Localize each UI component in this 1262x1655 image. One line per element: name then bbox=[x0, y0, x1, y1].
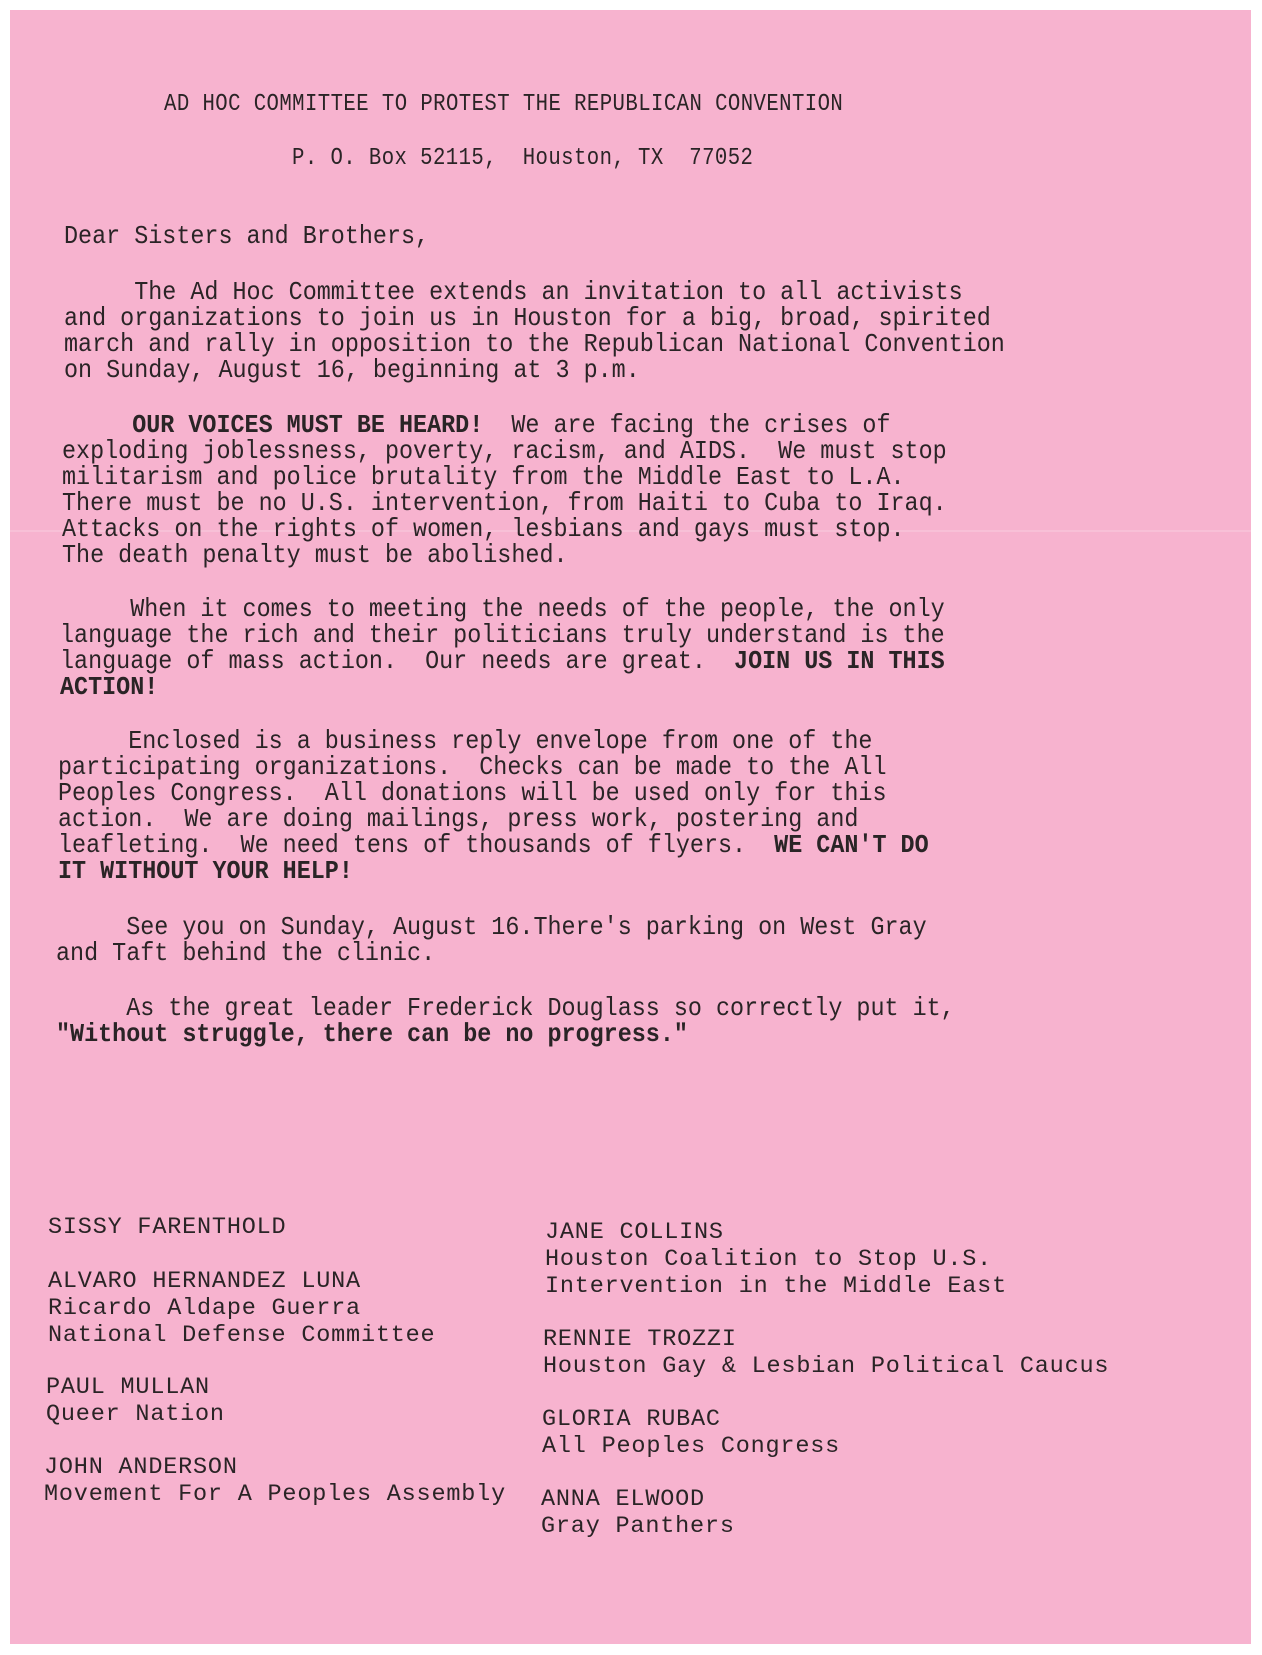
paragraph-line: exploding joblessness, poverty, racism, … bbox=[62, 438, 947, 464]
paragraph-line: There must be no U.S. intervention, from… bbox=[62, 490, 947, 516]
signatory-name: PAUL MULLAN bbox=[46, 1374, 210, 1401]
salutation: Dear Sisters and Brothers, bbox=[64, 223, 429, 249]
signatory-affiliation: Gray Panthers bbox=[541, 1513, 735, 1540]
signatory-name: SISSY FARENTHOLD bbox=[48, 1214, 286, 1241]
signatory-affiliation: Intervention in the Middle East bbox=[545, 1273, 1007, 1300]
paragraph-line: When it comes to meeting the needs of th… bbox=[60, 596, 945, 622]
emphasis-text: WE CAN'T DO bbox=[774, 830, 928, 860]
paragraph-line: and Taft behind the clinic. bbox=[56, 940, 435, 966]
paragraph-line: militarism and police brutality from the… bbox=[62, 464, 905, 490]
paragraph-line: participating organizations. Checks can … bbox=[58, 754, 887, 780]
emphasis-text: ACTION! bbox=[60, 674, 158, 700]
signatory-name: ALVARO HERNANDEZ LUNA bbox=[48, 1268, 361, 1295]
signatory-name: RENNIE TROZZI bbox=[543, 1326, 737, 1353]
paragraph-line: leafleting. We need tens of thousands of… bbox=[58, 832, 929, 858]
signatory-affiliation: Ricardo Aldape Guerra bbox=[48, 1295, 361, 1322]
paragraph-line: Peoples Congress. All donations will be … bbox=[58, 780, 887, 806]
paragraph-line: and organizations to join us in Houston … bbox=[64, 305, 991, 331]
paragraph-line: Enclosed is a business reply envelope fr… bbox=[58, 728, 872, 754]
signatory-affiliation: National Defense Committee bbox=[48, 1322, 435, 1349]
signatory-affiliation: Queer Nation bbox=[46, 1401, 225, 1428]
paragraph-line: language of mass action. Our needs are g… bbox=[60, 648, 945, 674]
signatory-name: JANE COLLINS bbox=[545, 1219, 724, 1246]
paragraph-line: The death penalty must be abolished. bbox=[62, 542, 568, 568]
paragraph-line: Attacks on the rights of women, lesbians… bbox=[62, 516, 905, 542]
paragraph-line: As the great leader Frederick Douglass s… bbox=[56, 995, 955, 1021]
signatory-name: ANNA ELWOOD bbox=[541, 1486, 705, 1513]
paragraph-line: march and rally in opposition to the Rep… bbox=[64, 331, 1005, 357]
paragraph-line: action. We are doing mailings, press wor… bbox=[58, 806, 858, 832]
paragraph-line: OUR VOICES MUST BE HEARD! We are facing … bbox=[62, 412, 891, 438]
letterhead-organization: AD HOC COMMITTEE TO PROTEST THE REPUBLIC… bbox=[164, 92, 843, 118]
signatory-affiliation: Houston Coalition to Stop U.S. bbox=[545, 1246, 992, 1273]
letterhead-address: P. O. Box 52115, Houston, TX 77052 bbox=[292, 146, 753, 172]
emphasis-text: JOIN US IN THIS bbox=[734, 646, 945, 676]
signatory-affiliation: All Peoples Congress bbox=[542, 1433, 840, 1460]
emphasis-text: IT WITHOUT YOUR HELP! bbox=[58, 858, 353, 884]
signatory-name: JOHN ANDERSON bbox=[44, 1454, 238, 1481]
signatory-name: GLORIA RUBAC bbox=[542, 1406, 721, 1433]
paragraph-line: language the rich and their politicians … bbox=[60, 622, 945, 648]
signatory-affiliation: Houston Gay & Lesbian Political Caucus bbox=[543, 1353, 1109, 1380]
signatory-affiliation: Movement For A Peoples Assembly bbox=[44, 1481, 506, 1508]
paragraph-line: See you on Sunday, August 16.There's par… bbox=[56, 914, 927, 940]
paragraph-line: The Ad Hoc Committee extends an invitati… bbox=[64, 279, 963, 305]
paragraph-text: language of mass action. Our needs are g… bbox=[60, 646, 734, 676]
paragraph-line: on Sunday, August 16, beginning at 3 p.m… bbox=[64, 357, 640, 383]
douglass-quote: "Without struggle, there can be no progr… bbox=[56, 1021, 688, 1047]
